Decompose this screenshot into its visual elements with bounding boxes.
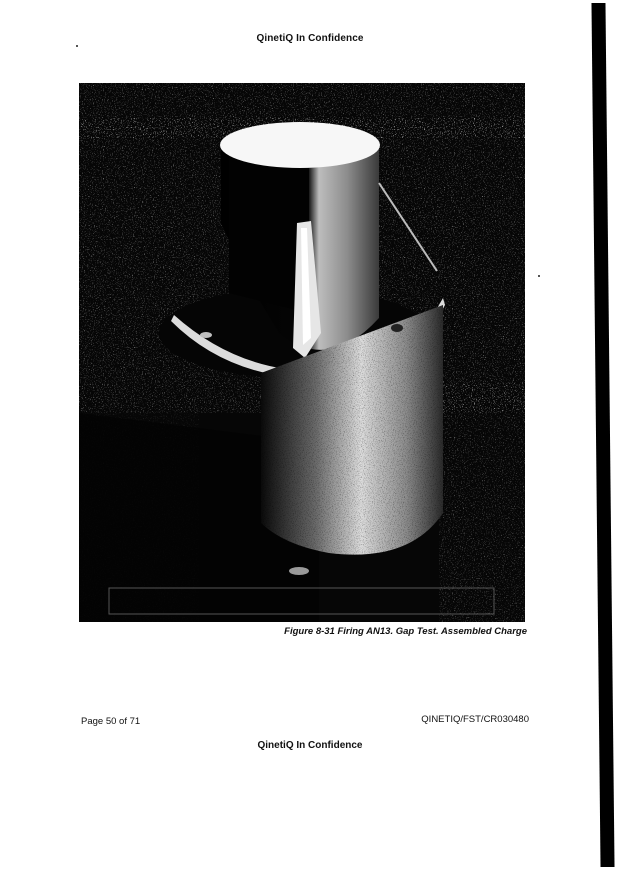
header-classification: QinetiQ In Confidence	[0, 33, 620, 44]
figure-caption: Figure 8-31 Firing AN13. Gap Test. Assem…	[0, 626, 527, 637]
scan-edge-bar	[591, 3, 614, 867]
scan-speck	[538, 275, 540, 277]
footer-classification: QinetiQ In Confidence	[0, 740, 620, 751]
page-number: Page 50 of 71	[81, 716, 140, 727]
figure-photo	[79, 83, 525, 622]
scan-speck	[76, 45, 78, 47]
document-reference: QINETIQ/FST/CR030480	[421, 714, 529, 725]
charge-photo-graphic	[79, 83, 525, 622]
